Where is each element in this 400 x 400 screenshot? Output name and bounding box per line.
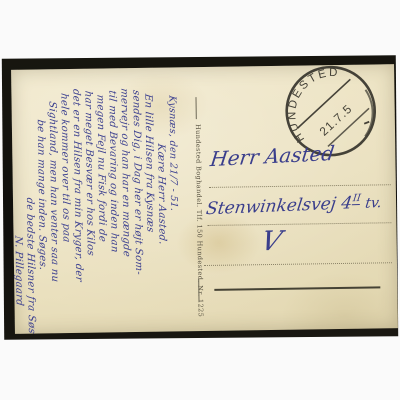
postmark-date: 21.7.5	[317, 102, 355, 139]
photo-background: Kysnæs, den 21/7 - 51.Kære Herr Aasted.E…	[0, 0, 400, 400]
floor-superscript: II	[352, 193, 362, 205]
street-text: Stenwinkelsvej 4	[205, 193, 354, 219]
message-block: Kysnæs, den 21/7 - 51.Kære Herr Aasted.E…	[11, 87, 181, 325]
side-label: tv.	[364, 195, 382, 212]
address-dotted-line-3	[204, 262, 392, 266]
street-line: Stenwinkelsvej 4II tv.	[205, 192, 383, 219]
address-dotted-line-1	[209, 184, 391, 188]
district-line: V	[258, 226, 285, 257]
address-solid-line	[214, 286, 380, 290]
publisher-imprint: Hundested Boghandel. Tlf. 150 Hundested.…	[192, 124, 204, 274]
postcard: Kysnæs, den 21/7 - 51.Kære Herr Aasted.E…	[11, 64, 398, 334]
postmark-small-mark	[364, 120, 369, 125]
divider-rule-top	[195, 97, 196, 119]
address-dotted-line-2	[207, 222, 391, 226]
